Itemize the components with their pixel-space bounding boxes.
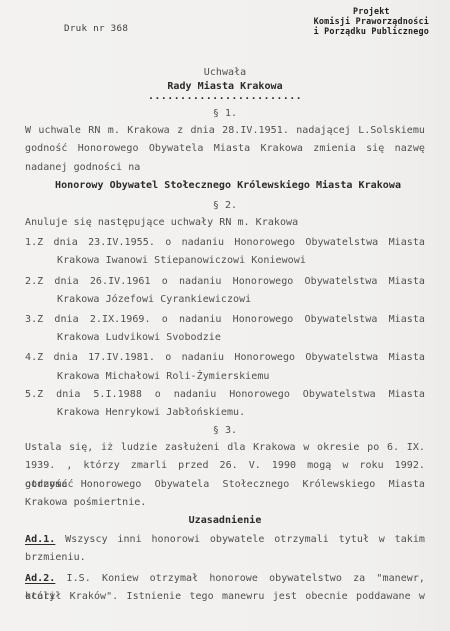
document-heading: Uzasadnienie — [25, 512, 425, 530]
list-item-first-line: 4.Z dnia 17.IV.1981. o nadaniu Honoroweg… — [25, 349, 425, 367]
list-item-first-line: 2.Z dnia 26.IV.1961 o nadaniu Honorowego… — [25, 273, 425, 291]
list-item: 2.Z dnia 26.IV.1961 o nadaniu Honorowego… — [25, 273, 425, 310]
ad-label: Ad.2. — [25, 573, 55, 584]
list-item: 4.Z dnia 17.IV.1981. o nadaniu Honoroweg… — [25, 349, 425, 386]
paragraph-line: 1939. , którzy zmarli przed 26. V. 1990 … — [25, 457, 425, 475]
list-item-continuation-line: Krakowa Henrykowi Jabłońskiemu. — [25, 404, 425, 422]
list-item-continuation-line: Krakowa Iwanowi Stiepanowiczowi Koniewow… — [25, 252, 425, 270]
paragraph-line: godność Honorowego Obywatela Stołecznego… — [25, 476, 425, 494]
druk-number-label: Druk nr 368 — [64, 23, 128, 34]
list-item: 1.Z dnia 23.IV.1955. o nadaniu Honoroweg… — [25, 234, 425, 271]
scanned-document-page: Druk nr 368 Projekt Komisji Praworządnoś… — [0, 0, 450, 631]
list-item-continuation-line: Krakowa Ludvikowi Svobodzie — [25, 329, 425, 347]
paragraph-line: Krakowa pośmiertnie. — [25, 494, 425, 512]
paragraph-line: nadanej godności na — [25, 159, 425, 177]
document-title-line: Uchwała — [25, 66, 425, 80]
ad-first-line: Ad.2. I.S. Koniew otrzymał honorowe obyw… — [25, 570, 425, 588]
ad-continuation-line: ocalił Kraków". Istnienie tego manewru j… — [25, 588, 425, 606]
list-item: 5.Z dnia 5.I.1988 o nadaniu Honorowego O… — [25, 386, 425, 423]
list-item-continuation-line: Krakowa Michałowi Roli-Żymierskiemu — [25, 368, 425, 386]
emphasized-title-line: Honorowy Obywatel Stołecznego Królewskie… — [25, 177, 425, 195]
list-item-first-line: 5.Z dnia 5.I.1988 o nadaniu Honorowego O… — [25, 386, 425, 404]
list-item-first-line: 3.Z dnia 2.IX.1969. o nadaniu Honorowego… — [25, 311, 425, 329]
list-item-first-line: 1.Z dnia 23.IV.1955. o nadaniu Honoroweg… — [25, 234, 425, 252]
paragraph-line: W uchwale RN m. Krakowa z dnia 28.IV.195… — [25, 122, 425, 140]
paragraph-line: Anuluje się następujące uchwały RN m. Kr… — [25, 214, 425, 232]
list-item: 3.Z dnia 2.IX.1969. o nadaniu Honorowego… — [25, 311, 425, 348]
paragraph-line: Ustala się, iż ludzie zasłużeni dla Krak… — [25, 439, 425, 457]
document-body: UchwałaRady Miasta Krakowa..............… — [25, 66, 425, 606]
ad-paragraph: Ad.2. I.S. Koniew otrzymał honorowe obyw… — [25, 570, 425, 607]
section-mark: § 2. — [25, 198, 425, 214]
ad-paragraph: Ad.1. Wszyscy inni honorowi obywatele ot… — [25, 531, 425, 568]
section-mark: § 1. — [25, 106, 425, 122]
section-mark: § 3. — [25, 423, 425, 439]
committee-name-line-2: i Porządku Publicznego — [314, 27, 429, 37]
ad-label: Ad.1. — [25, 534, 55, 545]
paragraph-line: godność Honorowego Obywatela Miasta Krak… — [25, 140, 425, 158]
title-dotted-underline: ........................ — [25, 94, 425, 102]
ad-first-line: Ad.1. Wszyscy inni honorowi obywatele ot… — [25, 531, 425, 549]
project-committee-block: Projekt Komisji Praworządności i Porządk… — [314, 7, 429, 37]
list-item-continuation-line: Krakowa Józefowi Cyrankiewiczowi — [25, 291, 425, 309]
ad-continuation-line: brzmieniu. — [25, 549, 425, 567]
